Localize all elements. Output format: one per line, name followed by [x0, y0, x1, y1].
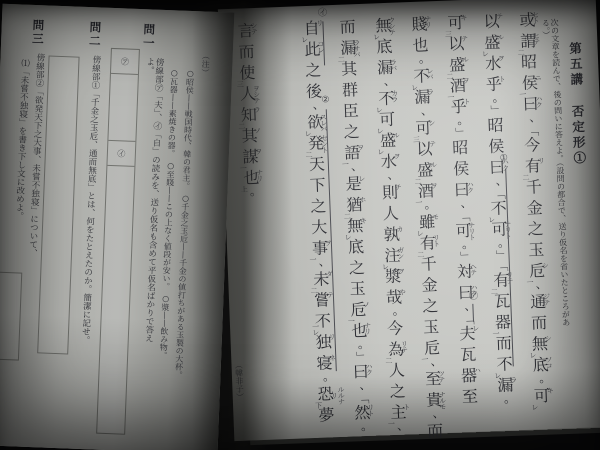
- kanji-char: 盛ルレ: [378, 130, 399, 152]
- punctuation: 。」: [454, 241, 475, 262]
- question-2-label: 問二: [87, 21, 101, 61]
- kanji-char: 大: [309, 216, 330, 238]
- kanji-char: 人ヲシテ: [238, 83, 259, 105]
- source-attribution: （韓非子）: [233, 361, 244, 421]
- kanji-char: 通ジテ: [528, 291, 549, 313]
- kanji-char: 雖モレ: [417, 211, 438, 233]
- kanji-char: 不レバレ: [411, 65, 432, 87]
- kanji-char: 注ガンレ: [382, 245, 403, 267]
- mark-i-label: ㋑: [318, 9, 327, 18]
- question-2-text: 傍線部①「千金之玉卮、通而無底」とは、何をたとえたのか。簡潔に記せ。: [80, 55, 100, 345]
- notes-column-2: ○瓦器——素焼きの器。 ○至賤——この上なく値段が安い。 ○漿——飲み物。: [156, 68, 178, 408]
- kanji-char: 之: [420, 295, 441, 317]
- kanji-char: 至: [459, 386, 480, 408]
- answer-box-q1[interactable]: ㋐ ㋑: [96, 48, 140, 435]
- kanji-char: 之: [308, 195, 329, 217]
- kanji-char: 人: [380, 203, 401, 225]
- text-column-3: 可キ三以テ盛ル二酒ヲ一乎ト。」昭侯曰ハク、「可ナリト。」対ヘテ曰ハク、「夫レ瓦器…: [445, 12, 480, 407]
- kanji-char: 之: [346, 257, 367, 279]
- kanji-char: 未ダ二: [311, 268, 332, 290]
- kanji-char: 盛ル二: [447, 54, 468, 76]
- kanji-char: 有リ二: [523, 155, 544, 177]
- kanji-char: 底: [374, 36, 395, 58]
- kanji-char: 昭: [485, 114, 506, 136]
- kanji-char: 盛ルレ: [482, 32, 503, 54]
- kanji-char: 而: [337, 16, 358, 38]
- kanji-char: 漏ラサバ二: [338, 37, 359, 59]
- kanji-char: 其ノ: [239, 125, 260, 147]
- kanji-char: 自リレ: [301, 17, 322, 39]
- kanji-char: 可レ: [377, 109, 398, 131]
- question-1-text: 傍線部㋐「夫」、㋑「自」の読みを、送り仮名も含めて平仮名ばかりで答えよ。: [133, 57, 163, 357]
- kanji-char: 金: [419, 274, 440, 296]
- kanji-char: 玉: [347, 278, 368, 300]
- kanji-char: 昭: [519, 51, 540, 73]
- text-column-6: 而漏ラサバ二其群臣之語ヲ一、是レ猶ホ二無キレ底之玉卮ノ一也ナリ。」曰ハク、「然リ…: [337, 16, 373, 433]
- kanji-char: 千: [523, 176, 544, 198]
- kanji-char: 或ヒト: [517, 9, 538, 31]
- text-column-7: 自リレ此コレ之後、欲スレバレ発セント二天下之大事ヲ一、未ダ二嘗テ不一レ独リ寝ネ。…: [301, 17, 337, 425]
- kanji-char: 其: [339, 58, 360, 80]
- kanji-char: 底: [346, 236, 367, 258]
- kanji-char: 而: [425, 420, 446, 442]
- kanji-char: 漿ヲ: [383, 266, 404, 288]
- kanji-char: 言シテ: [235, 20, 256, 42]
- kanji-char: 昭: [450, 137, 471, 159]
- answer-box-q1-label-i: ㋑: [107, 141, 135, 167]
- kanji-char: 侯: [451, 158, 472, 180]
- kanji-char: 玉: [421, 316, 442, 338]
- kanji-char: 千: [418, 253, 439, 275]
- punctuation: 。」: [449, 117, 470, 138]
- answer-box-q1-label-a: ㋐: [111, 49, 139, 75]
- kanji-char: 可キレ: [532, 385, 553, 407]
- kanji-char: 臣: [340, 100, 361, 122]
- kanji-char: 至ツテ: [423, 368, 444, 390]
- kanji-char: 恐ルルナリ下: [315, 383, 336, 405]
- kanji-char: 盛ル二: [415, 159, 436, 181]
- book-photo: 第五講否定形① 次の文章を読んで、後の問いに答えよ。（設問の都合で、送り仮名を省…: [0, 0, 600, 450]
- punctuation: 、「: [452, 200, 473, 221]
- kanji-char: 瓦: [458, 344, 479, 366]
- kanji-char: 有リト二: [418, 232, 439, 254]
- notes-label: （注）: [199, 51, 209, 91]
- kanji-char: 卮ノ一: [348, 299, 369, 321]
- kanji-char: 発セント二: [306, 132, 327, 154]
- answer-box-q2[interactable]: [37, 56, 79, 355]
- kanji-char: 対ヘテ: [455, 261, 476, 283]
- punctuation: 、「: [351, 382, 372, 403]
- kanji-char: 使三: [237, 62, 258, 84]
- kanji-char: 今: [385, 317, 406, 339]
- mark-a-label: ㋐: [469, 293, 478, 302]
- right-page: 第五講否定形① 次の文章を読んで、後の問いに答えよ。（設問の都合で、送り仮名を省…: [218, 0, 600, 441]
- kanji-char: 侯ニ一: [520, 72, 541, 94]
- kanji-char: 玉: [526, 239, 547, 261]
- kanji-char: 孰カ: [381, 224, 402, 246]
- kanji-char: 可キ三: [445, 12, 466, 34]
- question-3-text: 傍線部②「欲発天下之大事、未嘗不独寝」について、: [24, 53, 44, 341]
- kanji-char: 無キレ: [345, 215, 366, 237]
- kanji-char: 是レ: [343, 173, 364, 195]
- mark-2-label: ②: [321, 96, 329, 105]
- kanji-char: 酒ヲ一: [448, 75, 469, 97]
- kanji-char: 之: [303, 59, 324, 81]
- answer-box-q1-space-a[interactable]: [108, 74, 138, 142]
- kanji-char: 下: [307, 174, 328, 196]
- kanji-char: 不一レ: [312, 310, 333, 332]
- kanji-char: 此コレ: [302, 38, 323, 60]
- kanji-char: 以テ: [414, 138, 435, 160]
- lesson-number: 第五講: [567, 41, 584, 88]
- notes-column-1: ○昭侯——戦国時代、韓の君主。 ○千金之玉卮——千金の値打ちがある玉製の大杯。: [171, 69, 194, 441]
- kanji-char: 器ハ: [459, 365, 480, 387]
- punctuation: 。: [353, 423, 373, 434]
- kanji-char: 夫レ: [457, 323, 478, 345]
- kanji-char: 人: [386, 359, 407, 381]
- punctuation: 。: [496, 395, 516, 406]
- kanji-char: 不カラレ: [376, 88, 397, 110]
- answer-box-q3[interactable]: [0, 272, 22, 361]
- lesson-header: 第五講否定形①: [568, 41, 589, 241]
- text-column-2: 以テ盛ルレ水ヲ乎ト。」昭侯曰ハク、「不レ可ナリト。」「有リテ二瓦器一而不レ漏ラ。: [481, 11, 516, 406]
- kanji-char: 之: [341, 121, 362, 143]
- kanji-char: 為リテ二: [386, 338, 407, 360]
- kanji-char: 以テ: [481, 11, 502, 33]
- kanji-char: 嘗テ: [312, 289, 333, 311]
- kanji-char: 之: [387, 380, 408, 402]
- mark-1-label: ①: [500, 154, 508, 163]
- kanji-char: 以テ: [446, 33, 467, 55]
- left-page: （注） ○昭侯——戦国時代、韓の君主。 ○千金之玉卮——千金の値打ちがある玉製の…: [0, 4, 234, 450]
- kanji-char: 無クシテレ: [373, 15, 394, 37]
- question-1-label: 問一: [141, 23, 155, 63]
- text-column-4: 賤ナリ也。不レバレ漏ラ、可シ三以テ盛ル二酒ヲ一。雖モレ有リト二千金之玉卮一、至ツ…: [409, 13, 445, 441]
- kanji-char: 則チ: [380, 182, 401, 204]
- kanji-char: 謂ヒテ二: [518, 30, 539, 52]
- kanji-char: 無シレ: [530, 333, 551, 355]
- text-column-5: 無クシテレ底漏ラバ、不カラレ可レ盛ルレ水ヲ、則チ人孰カ注ガンレ漿ヲ哉や。今為リテ…: [373, 15, 409, 433]
- kanji-char: 而: [236, 41, 257, 63]
- kanji-char: 知ラ二: [239, 104, 260, 126]
- kanji-char: 群: [340, 79, 361, 101]
- question-3-label: 問三: [30, 19, 44, 59]
- lesson-topic: 否定形①: [570, 104, 587, 167]
- question-3-subtext: ⑴「未嘗不独寝」を書き下し文に改めよ。: [11, 58, 29, 278]
- punctuation: 。」: [484, 94, 505, 115]
- kanji-char: 猶ホ二: [344, 194, 365, 216]
- kanji-char: 可シ三: [413, 117, 434, 139]
- kanji-char: 之: [525, 218, 546, 240]
- kanji-char: 天: [306, 153, 327, 175]
- kanji-char: 金: [524, 197, 545, 219]
- kanji-char: 夢: [316, 404, 337, 426]
- kanji-char: 而: [529, 312, 550, 334]
- text-column-8: 言シテ而使三人ヲシテ知ラ二其ノ謀ヲ一也ナリ上。: [235, 20, 262, 199]
- kanji-char: 独リ: [313, 331, 334, 353]
- kanji-char: 欲スレバレ: [305, 111, 326, 133]
- punctuation: 、「: [521, 114, 542, 135]
- kanji-char: 賤ナリ: [409, 13, 430, 35]
- kanji-char: 今: [522, 134, 543, 156]
- kanji-char: 謀ヲ一: [240, 146, 261, 168]
- kanji-char: 水ヲ: [483, 53, 504, 75]
- punctuation: 。」: [350, 341, 371, 362]
